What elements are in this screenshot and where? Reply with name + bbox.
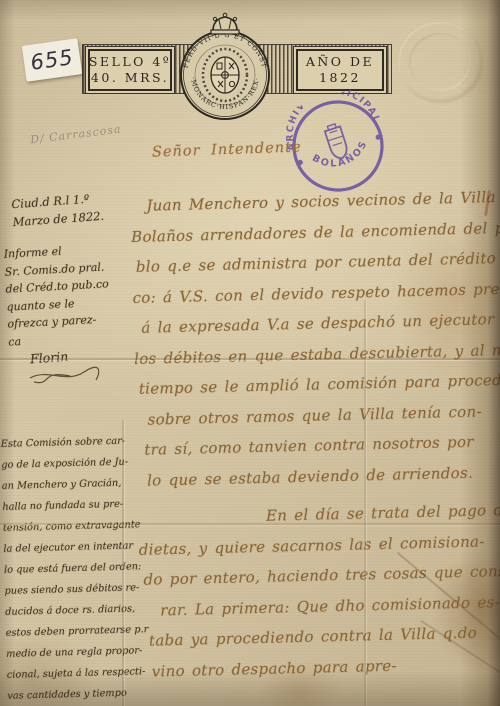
margin-report-note: Esta Comisión sobre car- go de la exposi… — [0, 430, 150, 706]
report-line: cional, sujeta á las respecti- — [6, 661, 149, 686]
sello-label: SELLO 4º — [89, 54, 171, 70]
archive-stamp-shield — [324, 123, 350, 161]
manuscript-page: SELLO 4º 40. MRS. AÑO DE 1822 FERD·VII·D… — [0, 0, 500, 706]
royal-seal-icon: FERD·VII·D·G·ET CONST ·MONARC·HISPAN·REX… — [175, 11, 275, 125]
report-line: go de la exposición de Ju- — [1, 451, 144, 476]
embossed-seal-icon — [398, 22, 482, 102]
salutation: Señor Intendente — [152, 139, 302, 160]
archive-stamp-bottom-text: BOLAÑOS — [308, 136, 375, 178]
sello-value: 40. MRS. — [91, 70, 169, 86]
report-line: vas cantidades y tiempo — [7, 682, 150, 706]
archive-number-sticker: 655 — [22, 38, 82, 81]
year-label: AÑO DE — [306, 54, 374, 70]
margin-decree-note: Informe el Sr. Comis.do pral. del Créd.t… — [3, 240, 112, 350]
tax-stamp-left-box: SELLO 4º 40. MRS. — [88, 49, 172, 91]
manuscript-body: Juan Menchero y socios vecinos de la Vil… — [130, 182, 498, 687]
year-value: 1822 — [319, 70, 361, 86]
archive-number: 655 — [29, 45, 75, 75]
seal-shield — [211, 57, 239, 93]
pencil-note: D/ Carrascosa — [30, 122, 123, 146]
margin-date-note: Ciud.d R.l 1.º Marzo de 1822. — [11, 189, 105, 231]
rubric-flourish — [26, 364, 104, 386]
svg-text:BOLAÑOS: BOLAÑOS — [308, 136, 375, 178]
crown-icon — [211, 13, 239, 34]
body-line: En el día se trata del pago de — [266, 495, 495, 531]
